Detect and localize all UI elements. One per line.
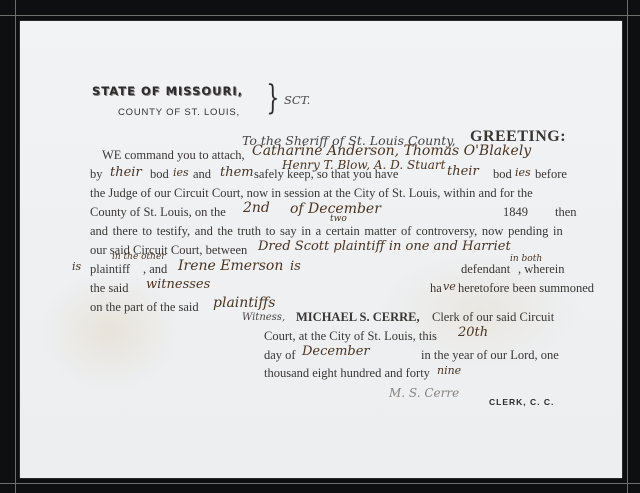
handwritten-month: December bbox=[302, 344, 370, 359]
handwritten-witnesses: witnesses bbox=[146, 277, 210, 292]
handwritten-margin: is bbox=[72, 260, 81, 273]
frame-line-left bbox=[15, 0, 16, 493]
printed-text: , and bbox=[143, 262, 167, 277]
printed-text: ha bbox=[430, 281, 442, 296]
printed-text: WE command you to attach, bbox=[102, 148, 245, 163]
printed-text: the said bbox=[90, 281, 129, 296]
frame-line-top bbox=[0, 15, 640, 16]
printed-text: in the year of our Lord, one bbox=[421, 348, 559, 363]
printed-text: safely keep, so that you have bbox=[254, 167, 398, 182]
handwritten-text: ies bbox=[173, 166, 189, 179]
printed-text: heretofore been summoned bbox=[458, 281, 594, 296]
printed-text: the Judge of our Circuit Court, now in s… bbox=[90, 186, 533, 201]
frame-line-bottom bbox=[0, 483, 640, 484]
printed-text: bod bbox=[493, 167, 512, 182]
printed-text: defendant bbox=[461, 262, 510, 277]
clerk-name: MICHAEL S. CERRE, bbox=[296, 310, 420, 325]
printed-text: Clerk of our said Circuit bbox=[432, 310, 554, 325]
printed-text: , wherein bbox=[518, 262, 565, 277]
handwritten-text: ve bbox=[443, 280, 456, 293]
printed-text: Court, at the City of St. Louis, this bbox=[264, 329, 437, 344]
handwritten-text: is bbox=[290, 259, 301, 274]
printed-text: on the part of the said bbox=[90, 300, 199, 315]
printed-text: by bbox=[90, 167, 103, 182]
printed-text: day of bbox=[264, 348, 296, 363]
state-heading: STATE OF MISSOURI, bbox=[92, 84, 243, 98]
printed-text: and there to testify, and the truth to s… bbox=[90, 224, 563, 239]
handwritten-text: ies bbox=[515, 166, 531, 179]
brace: } bbox=[266, 78, 279, 118]
printed-year: 1849 bbox=[503, 205, 528, 220]
clerk-signature: M. S. Cerre bbox=[389, 386, 459, 400]
printed-text: and bbox=[193, 167, 211, 182]
handwritten-day: 20th bbox=[458, 325, 488, 340]
printed-text: thousand eight hundred and forty bbox=[264, 366, 430, 381]
handwritten-text: their bbox=[110, 165, 142, 180]
handwritten-text: them bbox=[220, 165, 254, 180]
county-heading: COUNTY OF ST. LOUIS, bbox=[118, 107, 240, 118]
handwritten-interlinear: in the other bbox=[112, 252, 166, 262]
printed-text: bod bbox=[150, 167, 169, 182]
handwritten-year: nine bbox=[437, 364, 461, 377]
frame-line-right bbox=[627, 0, 628, 493]
handwritten-defendant: Irene Emerson bbox=[178, 258, 283, 274]
handwritten-parties: Dred Scott plaintiff in one and Harriet bbox=[258, 239, 511, 254]
printed-text: before bbox=[535, 167, 567, 182]
handwritten-interlinear: two bbox=[330, 214, 347, 224]
clerk-title: CLERK, C. C. bbox=[489, 397, 554, 407]
handwritten-names: Catharine Anderson, Thomas O'Blakely bbox=[252, 143, 531, 159]
sct-label: SCT. bbox=[284, 93, 310, 107]
handwritten-day: 2nd bbox=[243, 200, 270, 216]
handwritten-plaintiffs: plaintiffs bbox=[213, 295, 276, 311]
witness-label: Witness, bbox=[242, 312, 285, 323]
printed-text: then bbox=[555, 205, 577, 220]
handwritten-text: their bbox=[447, 164, 479, 179]
printed-text: County of St. Louis, on the bbox=[90, 205, 226, 220]
printed-text: plaintiff bbox=[90, 262, 130, 277]
